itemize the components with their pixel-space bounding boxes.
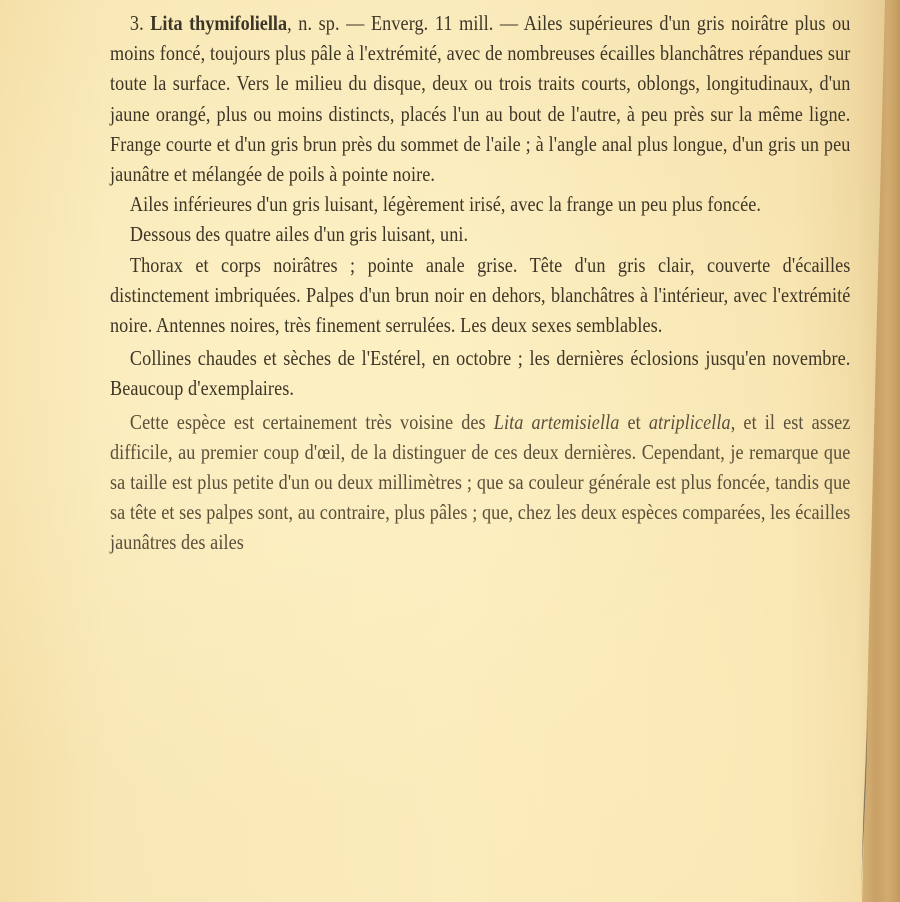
comparison-text-1: Cette espèce est certainement très voisi… <box>130 410 494 434</box>
paragraph-comparison: Cette espèce est certainement très voisi… <box>110 407 850 558</box>
species-name: Lita thymifoliella <box>150 11 287 35</box>
scanned-book-page: 3. Lita thymifoliella, n. sp. — Enverg. … <box>0 0 900 902</box>
paragraph-lower-wings: Ailes inférieures d'un gris luisant, lég… <box>110 189 850 219</box>
paragraph-underside: Dessous des quatre ailes d'un gris luisa… <box>110 219 850 249</box>
document-body: 3. Lita thymifoliella, n. sp. — Enverg. … <box>110 8 850 558</box>
paragraph-habitat: Collines chaudes et sèches de l'Estérel,… <box>110 343 850 403</box>
paragraph-text: , n. sp. — Enverg. 11 mill. — Ailes supé… <box>110 11 850 186</box>
entry-number: 3. <box>130 11 144 35</box>
species-ref-atriplicella: atriplicella <box>649 410 731 434</box>
paragraph-upper-wings: 3. Lita thymifoliella, n. sp. — Enverg. … <box>110 8 850 189</box>
species-ref-artemisiella: Lita artemisiella <box>494 410 620 434</box>
comparison-text-2: et <box>619 410 648 434</box>
paragraph-body: Thorax et corps noirâtres ; pointe anale… <box>110 250 850 341</box>
text-column: 3. Lita thymifoliella, n. sp. — Enverg. … <box>110 8 850 558</box>
